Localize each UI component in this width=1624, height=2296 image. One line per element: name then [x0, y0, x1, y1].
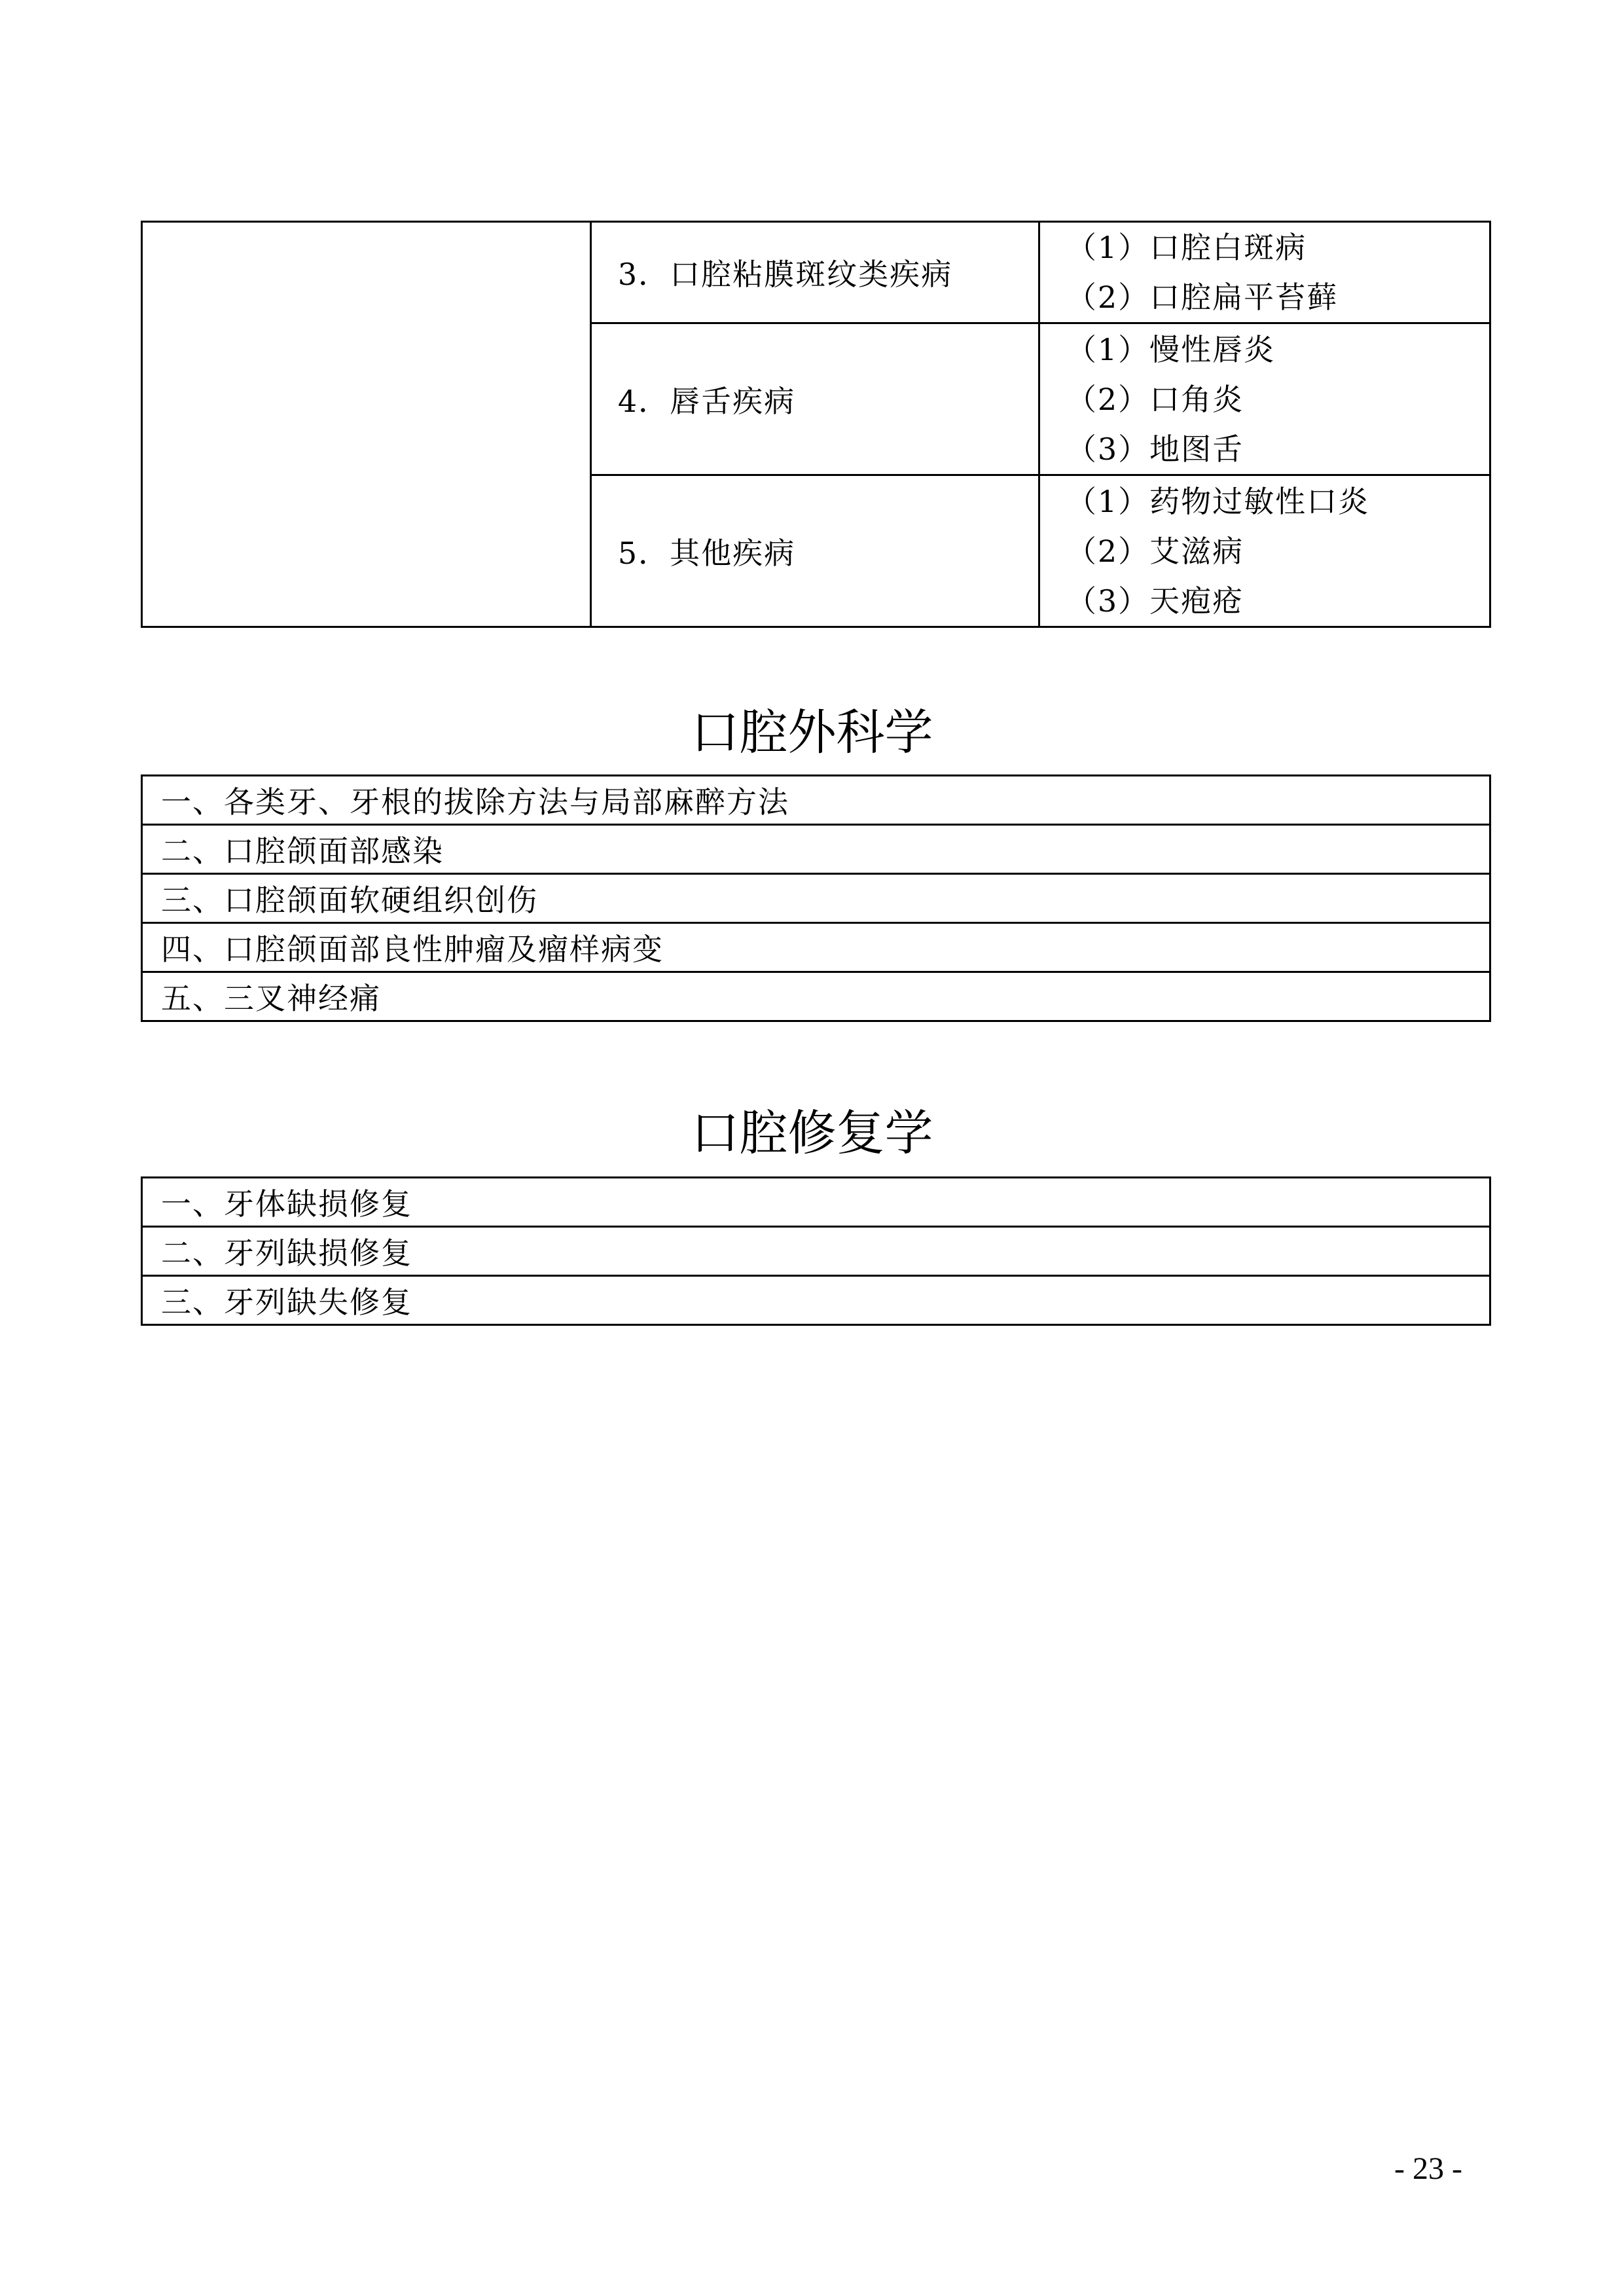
subtopic-item: （1）口腔白斑病 [1066, 223, 1489, 272]
subtopic-item: （3）地图舌 [1066, 424, 1489, 474]
table-row: 三、牙列缺失修复 [142, 1276, 1490, 1325]
prosthodontics-table: 一、牙体缺损修复 二、牙列缺损修复 三、牙列缺失修复 [141, 1176, 1491, 1326]
subtopic-cell: （1）口腔白斑病 （2）口腔扁平苔藓 [1039, 222, 1490, 323]
list-item: 一、牙体缺损修复 [142, 1178, 1490, 1227]
section-title-prosthodontics: 口腔修复学 [0, 1095, 1624, 1164]
list-item: 四、口腔颌面部良性肿瘤及瘤样病变 [142, 923, 1490, 972]
subtopic-item: （1）药物过敏性口炎 [1066, 477, 1489, 526]
table-row: 三、口腔颌面软硬组织创伤 [142, 874, 1490, 923]
subtopic-cell: （1）药物过敏性口炎 （2）艾滋病 （3）天疱疮 [1039, 475, 1490, 627]
page-number: - 23 - [1394, 2151, 1462, 2187]
list-item: 一、各类牙、牙根的拔除方法与局部麻醉方法 [142, 776, 1490, 825]
subtopic-item: （1）慢性唇炎 [1066, 325, 1489, 374]
list-item: 五、三叉神经痛 [142, 972, 1490, 1021]
subtopic-item: （3）天疱疮 [1066, 576, 1489, 626]
topic-cell: 5．其他疾病 [590, 475, 1039, 627]
table-row: 一、各类牙、牙根的拔除方法与局部麻醉方法 [142, 776, 1490, 825]
category-cell-empty [142, 222, 591, 627]
subtopic-item: （2）口角炎 [1066, 374, 1489, 424]
table-row: 3．口腔粘膜斑纹类疾病 （1）口腔白斑病 （2）口腔扁平苔藓 [142, 222, 1490, 323]
table-row: 二、牙列缺损修复 [142, 1227, 1490, 1276]
oral-medicine-table: 3．口腔粘膜斑纹类疾病 （1）口腔白斑病 （2）口腔扁平苔藓 4．唇舌疾病 （1… [141, 221, 1491, 628]
table-row: 五、三叉神经痛 [142, 972, 1490, 1021]
subtopic-item: （2）口腔扁平苔藓 [1066, 272, 1489, 322]
section-title-oral-surgery: 口腔外科学 [0, 694, 1624, 763]
topic-cell: 4．唇舌疾病 [590, 323, 1039, 475]
subtopic-cell: （1）慢性唇炎 （2）口角炎 （3）地图舌 [1039, 323, 1490, 475]
table-row: 四、口腔颌面部良性肿瘤及瘤样病变 [142, 923, 1490, 972]
oral-surgery-table: 一、各类牙、牙根的拔除方法与局部麻醉方法 二、口腔颌面部感染 三、口腔颌面软硬组… [141, 774, 1491, 1022]
topic-cell: 3．口腔粘膜斑纹类疾病 [590, 222, 1039, 323]
list-item: 三、牙列缺失修复 [142, 1276, 1490, 1325]
list-item: 二、牙列缺损修复 [142, 1227, 1490, 1276]
table-row: 一、牙体缺损修复 [142, 1178, 1490, 1227]
table-row: 二、口腔颌面部感染 [142, 825, 1490, 874]
list-item: 二、口腔颌面部感染 [142, 825, 1490, 874]
list-item: 三、口腔颌面软硬组织创伤 [142, 874, 1490, 923]
subtopic-item: （2）艾滋病 [1066, 526, 1489, 576]
